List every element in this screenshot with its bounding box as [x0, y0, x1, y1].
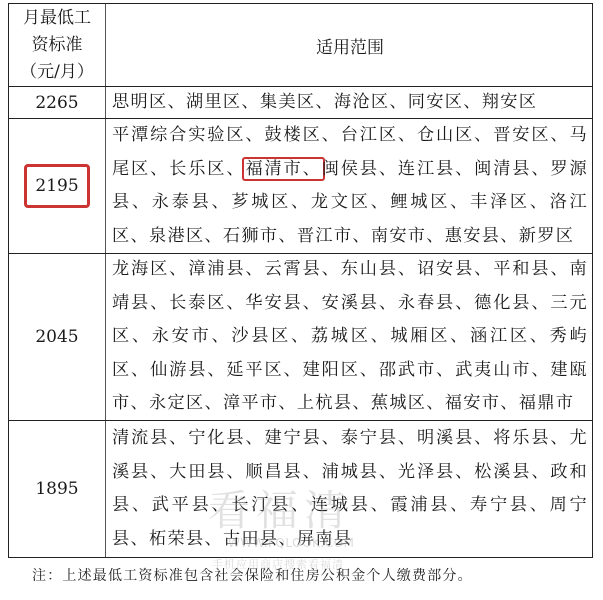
table-row: 1895 清流县、宁化县、建宁县、泰宁县、明溪县、将乐县、尤溪县、大田县、顺昌县… — [9, 420, 592, 557]
area-list: 平潭综合实验区、鼓楼区、台江区、仓山区、晋安区、马尾区、长乐区、福清市、闽侯县、… — [106, 119, 592, 253]
footnote: 注：上述最低工资标准包含社会保险和住房公积金个人缴费部分。 — [32, 565, 473, 585]
area-list: 龙海区、漳浦县、云霄县、东山县、诏安县、平和县、南靖县、长泰区、华安县、安溪县、… — [106, 254, 592, 420]
header-wage-standard: 月最低工 资标准 （元/月） — [9, 4, 106, 86]
wage-value: 1895 — [9, 421, 106, 557]
highlight-box-wage: 2195 — [24, 164, 90, 208]
minimum-wage-table: 月最低工 资标准 （元/月） 适用范围 2265 思明区、湖里区、集美区、海沧区… — [8, 3, 593, 558]
header-wage-line-2: 资标准 — [20, 32, 94, 59]
wage-cell: 2195 — [9, 119, 106, 253]
wage-value: 2265 — [9, 87, 106, 118]
highlight-box-fuqing: 福清市、 — [242, 157, 324, 181]
header-wage-line-3: （元/月） — [20, 59, 94, 86]
table-row: 2045 龙海区、漳浦县、云霄县、东山县、诏安县、平和县、南靖县、长泰区、华安县… — [9, 253, 592, 420]
area-text: 清流县、宁化县、建宁县、泰宁县、明溪县、将乐县、尤溪县、大田县、顺昌县、浦城县、… — [112, 422, 588, 556]
header-wage-line-1: 月最低工 — [20, 5, 94, 32]
area-text: 平潭综合实验区、鼓楼区、台江区、仓山区、晋安区、马尾区、长乐区、福清市、闽侯县、… — [112, 119, 588, 253]
area-list: 清流县、宁化县、建宁县、泰宁县、明溪县、将乐县、尤溪县、大田县、顺昌县、浦城县、… — [106, 421, 592, 557]
table-row-highlighted: 2195 平潭综合实验区、鼓楼区、台江区、仓山区、晋安区、马尾区、长乐区、福清市… — [9, 118, 592, 253]
area-list: 思明区、湖里区、集美区、海沧区、同安区、翔安区 — [106, 87, 592, 118]
table-header-row: 月最低工 资标准 （元/月） 适用范围 — [9, 4, 592, 86]
area-text: 龙海区、漳浦县、云霄县、东山县、诏安县、平和县、南靖县、长泰区、华安县、安溪县、… — [112, 253, 588, 421]
table-row: 2265 思明区、湖里区、集美区、海沧区、同安区、翔安区 — [9, 86, 592, 118]
header-applicable-scope: 适用范围 — [106, 4, 592, 86]
wage-value: 2045 — [9, 254, 106, 420]
wage-value: 2195 — [35, 176, 78, 196]
area-text: 思明区、湖里区、集美区、海沧区、同安区、翔安区 — [112, 86, 588, 120]
